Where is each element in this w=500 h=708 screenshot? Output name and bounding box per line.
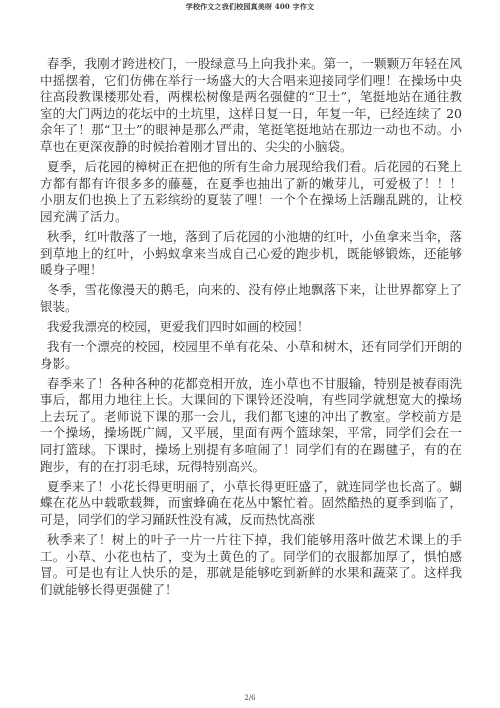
essay-paragraph: 我有一个漂亮的校园，校园里不单有花朵、小草和树木，还有同学们开朗的身影。 <box>40 339 462 372</box>
essay-paragraph: 我爱我漂亮的校园，更爱我们四时如画的校园！ <box>40 319 462 336</box>
document-page: 学校作文之我们校园真美呀 400 字作文 春季，我刚才跨进校门，一股绿意马上向我… <box>0 0 500 708</box>
essay-paragraph: 夏季来了！小花长得更明丽了，小草长得更旺盛了，就连同学也长高了。蝴蝶在花丛中载歌… <box>40 479 462 529</box>
essay-paragraph: 冬季，雪花像漫天的鹅毛，向来的、没有停止地飘落下来，让世界都穿上了银装。 <box>40 282 462 315</box>
essay-paragraph: 夏季，后花园的樟树正在把他的所有生命力展现给我们看。后花园的石凳上方都有都有许很… <box>40 159 462 225</box>
essay-body: 春季，我刚才跨进校门，一股绿意马上向我扑来。第一，一颗颗万年轻在风中摇摆着，它们… <box>40 56 462 602</box>
essay-paragraph: 春季来了！各种各种的花都竞相开放，连小草也不甘服输，特别是被春雨洗事后，都用力地… <box>40 376 462 476</box>
essay-paragraph: 秋季，红叶散落了一地，落到了后花园的小池塘的红叶，小鱼拿来当伞，落到草地上的红叶… <box>40 229 462 279</box>
essay-paragraph: 春季，我刚才跨进校门，一股绿意马上向我扑来。第一，一颗颗万年轻在风中摇摆着，它们… <box>40 56 462 156</box>
document-header-title: 学校作文之我们校园真美呀 400 字作文 <box>0 2 500 12</box>
page-number: 2/6 <box>0 694 500 702</box>
essay-paragraph: 秋季来了！树上的叶子一片一片往下掉，我们能够用落叶做艺术课上的手工。小草、小花也… <box>40 532 462 598</box>
